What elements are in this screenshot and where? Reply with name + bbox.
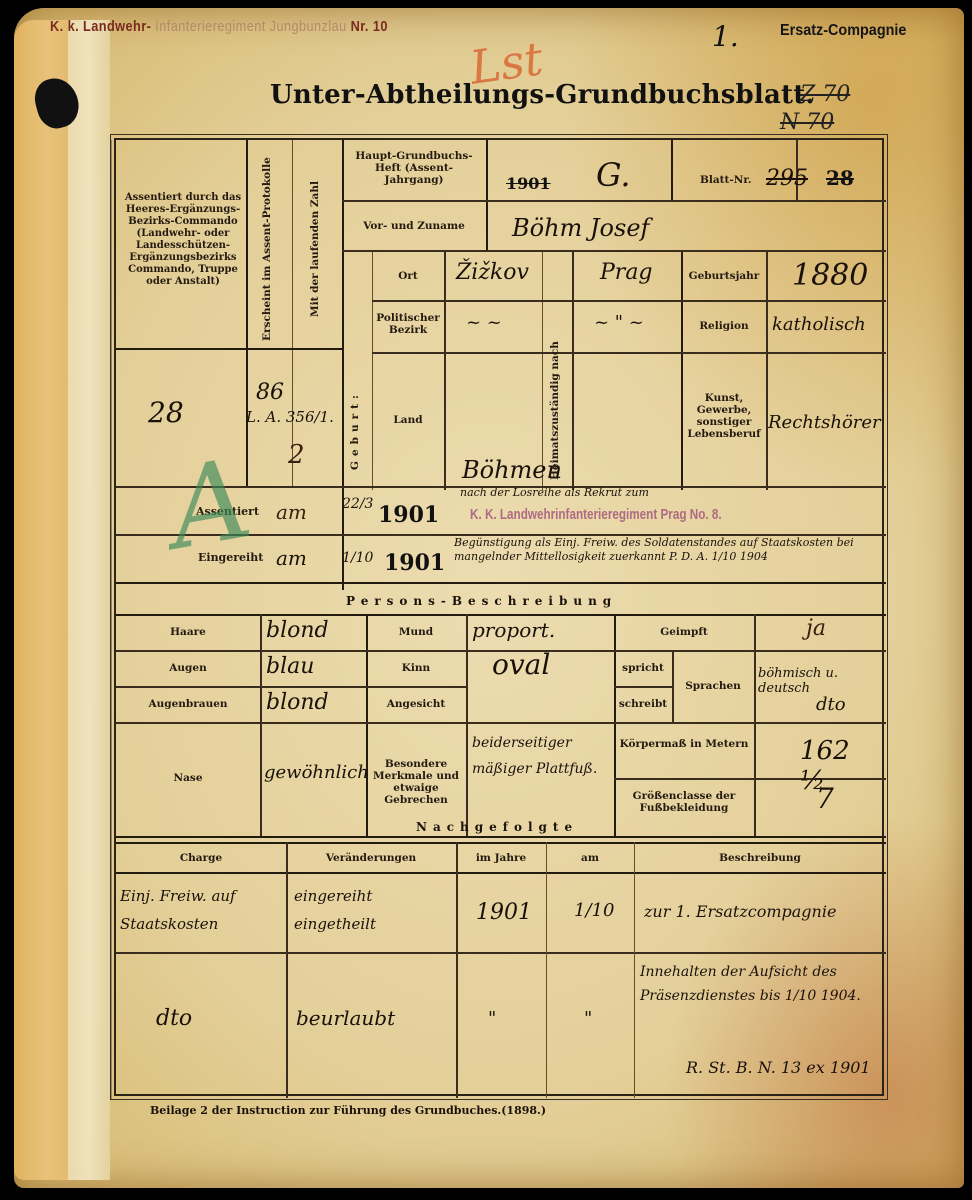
row2-veraenderung: beurlaubt — [296, 1006, 395, 1030]
haupt-grundbuch-struck: 1901 — [506, 174, 551, 193]
schreibt-label: schreibt — [614, 698, 672, 710]
stamp-number-text: Nr. 10 — [351, 18, 388, 35]
blatt-nr-struck-2: 28 — [826, 166, 854, 190]
augen-value: blau — [266, 654, 314, 679]
groessenklasse-value: 7 — [816, 782, 834, 815]
row2-am: " — [584, 1008, 592, 1029]
top-right-struck-note: N 70 — [780, 110, 834, 135]
angesicht-label: Angesicht — [366, 698, 466, 710]
nase-label: Nase — [116, 772, 260, 784]
kinn-value: oval — [492, 648, 550, 681]
geburt-label: Geburt: — [349, 310, 361, 470]
laufende-zahl-label: Mit der laufenden Zahl — [309, 154, 321, 344]
kinn-label: Kinn — [366, 662, 466, 674]
augenbrauen-value: blond — [266, 690, 329, 715]
religion-value: katholisch — [772, 314, 866, 335]
unit-value: 28 — [148, 396, 184, 429]
row2-charge: dto — [156, 1006, 192, 1031]
name-label: Vor- und Zuname — [346, 220, 482, 232]
assentiert-date: 22/3 — [342, 496, 373, 512]
ort-label: Ort — [374, 270, 442, 282]
company-number: 1. — [712, 20, 739, 53]
assentiert-durch-label: Assentiert durch das Heeres-Ergänzungs-B… — [122, 192, 244, 288]
name-value: Böhm Josef — [512, 214, 649, 242]
assent-protokoll-label: Erscheint im Assent-Protokolle — [261, 154, 273, 344]
col-veraenderungen: Veränderungen — [286, 852, 456, 864]
row2-beschreibung-ref: R. St. B. N. 13 ex 1901 — [686, 1058, 871, 1077]
nachgefolgte-title: Nachgefolgte — [416, 820, 578, 834]
groessenklasse-label: Größenclasse der Fußbekleidung — [614, 790, 754, 814]
col-im-jahre: im Jahre — [456, 852, 546, 864]
koerpermass-value: 162 ½ — [800, 736, 882, 796]
blatt-nr-struck-1: 295 — [766, 166, 808, 191]
row1-jahr: 1901 — [476, 900, 532, 925]
beruf-value: Rechtshörer — [768, 412, 881, 433]
row1-am: 1/10 — [574, 900, 614, 921]
footer-note: Beilage 2 der Instruction zur Führung de… — [150, 1104, 546, 1117]
blatt-nr-label: Blatt-Nr. — [700, 174, 752, 186]
land-value: Böhmen — [462, 456, 562, 484]
koerpermass-label: Körpermaß in Metern — [614, 738, 754, 750]
stamp-bold-text: K. k. Landwehr- — [50, 18, 151, 35]
persons-beschreibung-title: Persons-Beschreibung — [346, 594, 617, 608]
spricht-label: spricht — [614, 662, 672, 674]
haupt-grundbuch-value: G. — [596, 156, 631, 194]
beruf-label: Kunst, Gewerbe, sonstiger Lebensberuf — [684, 392, 764, 440]
besondere-merkmale-label: Besondere Merkmale und etwaige Gebrechen — [366, 758, 466, 806]
nase-value: gewöhnlich — [264, 762, 369, 783]
haare-value: blond — [266, 618, 329, 643]
regiment-header-stamp: K. k. Landwehr- Infanterieregiment Jungb… — [50, 18, 388, 35]
top-right-note: Z 70 — [800, 82, 850, 107]
tape-strip — [68, 20, 110, 1180]
mund-label: Mund — [366, 626, 466, 638]
augen-label: Augen — [116, 662, 260, 674]
stamp-faded-text: Infanterieregiment Jungbunzlau — [155, 18, 346, 35]
paper-edge-strip — [14, 20, 69, 1180]
assentiert-am-word: am — [276, 500, 307, 524]
schreibt-value: dto — [816, 694, 846, 715]
religion-label: Religion — [684, 320, 764, 332]
augenbrauen-label: Augenbrauen — [116, 698, 260, 710]
col-beschreibung: Beschreibung — [634, 852, 886, 864]
row1-beschreibung: zur 1. Ersatzcompagnie — [644, 902, 836, 921]
row1-charge: Einj. Freiw. auf Staatskosten — [120, 882, 284, 938]
spricht-value: böhmisch u. deutsch — [758, 666, 882, 696]
ort-value: Žižkov — [456, 260, 529, 285]
document-title: Unter-Abtheilungs-Grundbuchsblatt. — [270, 80, 815, 110]
protokoll-sub: L. A. 356/1. — [246, 408, 334, 426]
geimpft-value: ja — [806, 616, 826, 641]
protokoll-value: 86 — [256, 380, 284, 405]
geburtsjahr-value: 1880 — [792, 258, 868, 293]
bezirk-label: Politischer Bezirk — [374, 312, 442, 336]
row2-jahr: " — [488, 1008, 496, 1029]
haare-label: Haare — [116, 626, 260, 638]
geimpft-label: Geimpft — [614, 626, 754, 638]
grundbuch-form: Assentiert durch das Heeres-Ergänzungs-B… — [114, 138, 884, 1096]
eingereiht-year: 1901 — [384, 550, 445, 576]
laufende-value: 2 — [288, 440, 305, 470]
mund-value: proport. — [472, 618, 555, 642]
row2-beschreibung: Innehalten der Aufsicht des Präsenzdiens… — [640, 960, 880, 1008]
regiment-stamp: K. K. Landwehrinfanterieregiment Prag No… — [470, 506, 722, 523]
company-stamp: Ersatz-Compagnie — [780, 22, 906, 40]
margin-line — [110, 140, 112, 1100]
col-am: am — [546, 852, 634, 864]
bezirk-value: ~ ~ — [466, 312, 502, 333]
assentiert-year: 1901 — [378, 502, 439, 528]
eingereiht-date: 1/10 — [342, 550, 373, 566]
col-charge: Charge — [116, 852, 286, 864]
land-label: Land — [374, 414, 442, 426]
geburtsjahr-label: Geburtsjahr — [684, 270, 764, 282]
heimat-value: Prag — [600, 260, 653, 285]
besondere-merkmale-value: beiderseitiger mäßiger Plattfuß. — [472, 730, 612, 782]
row1-veraenderung: eingereiht eingetheilt — [294, 882, 454, 938]
sprachen-label: Sprachen — [672, 680, 754, 692]
eingereiht-am-word: am — [276, 546, 307, 570]
heimat-label: Heimatszuständig nach — [549, 280, 561, 480]
haupt-grundbuch-label: Haupt-Grundbuchs-Heft (Assent-Jahrgang) — [346, 150, 482, 186]
heimat-bezirk-value: ~ " ~ — [594, 312, 644, 333]
assent-remark: nach der Losreihe als Rekrut zum — [460, 486, 649, 499]
eingereiht-remark: Begünstigung als Einj. Freiw. des Soldat… — [454, 536, 880, 564]
